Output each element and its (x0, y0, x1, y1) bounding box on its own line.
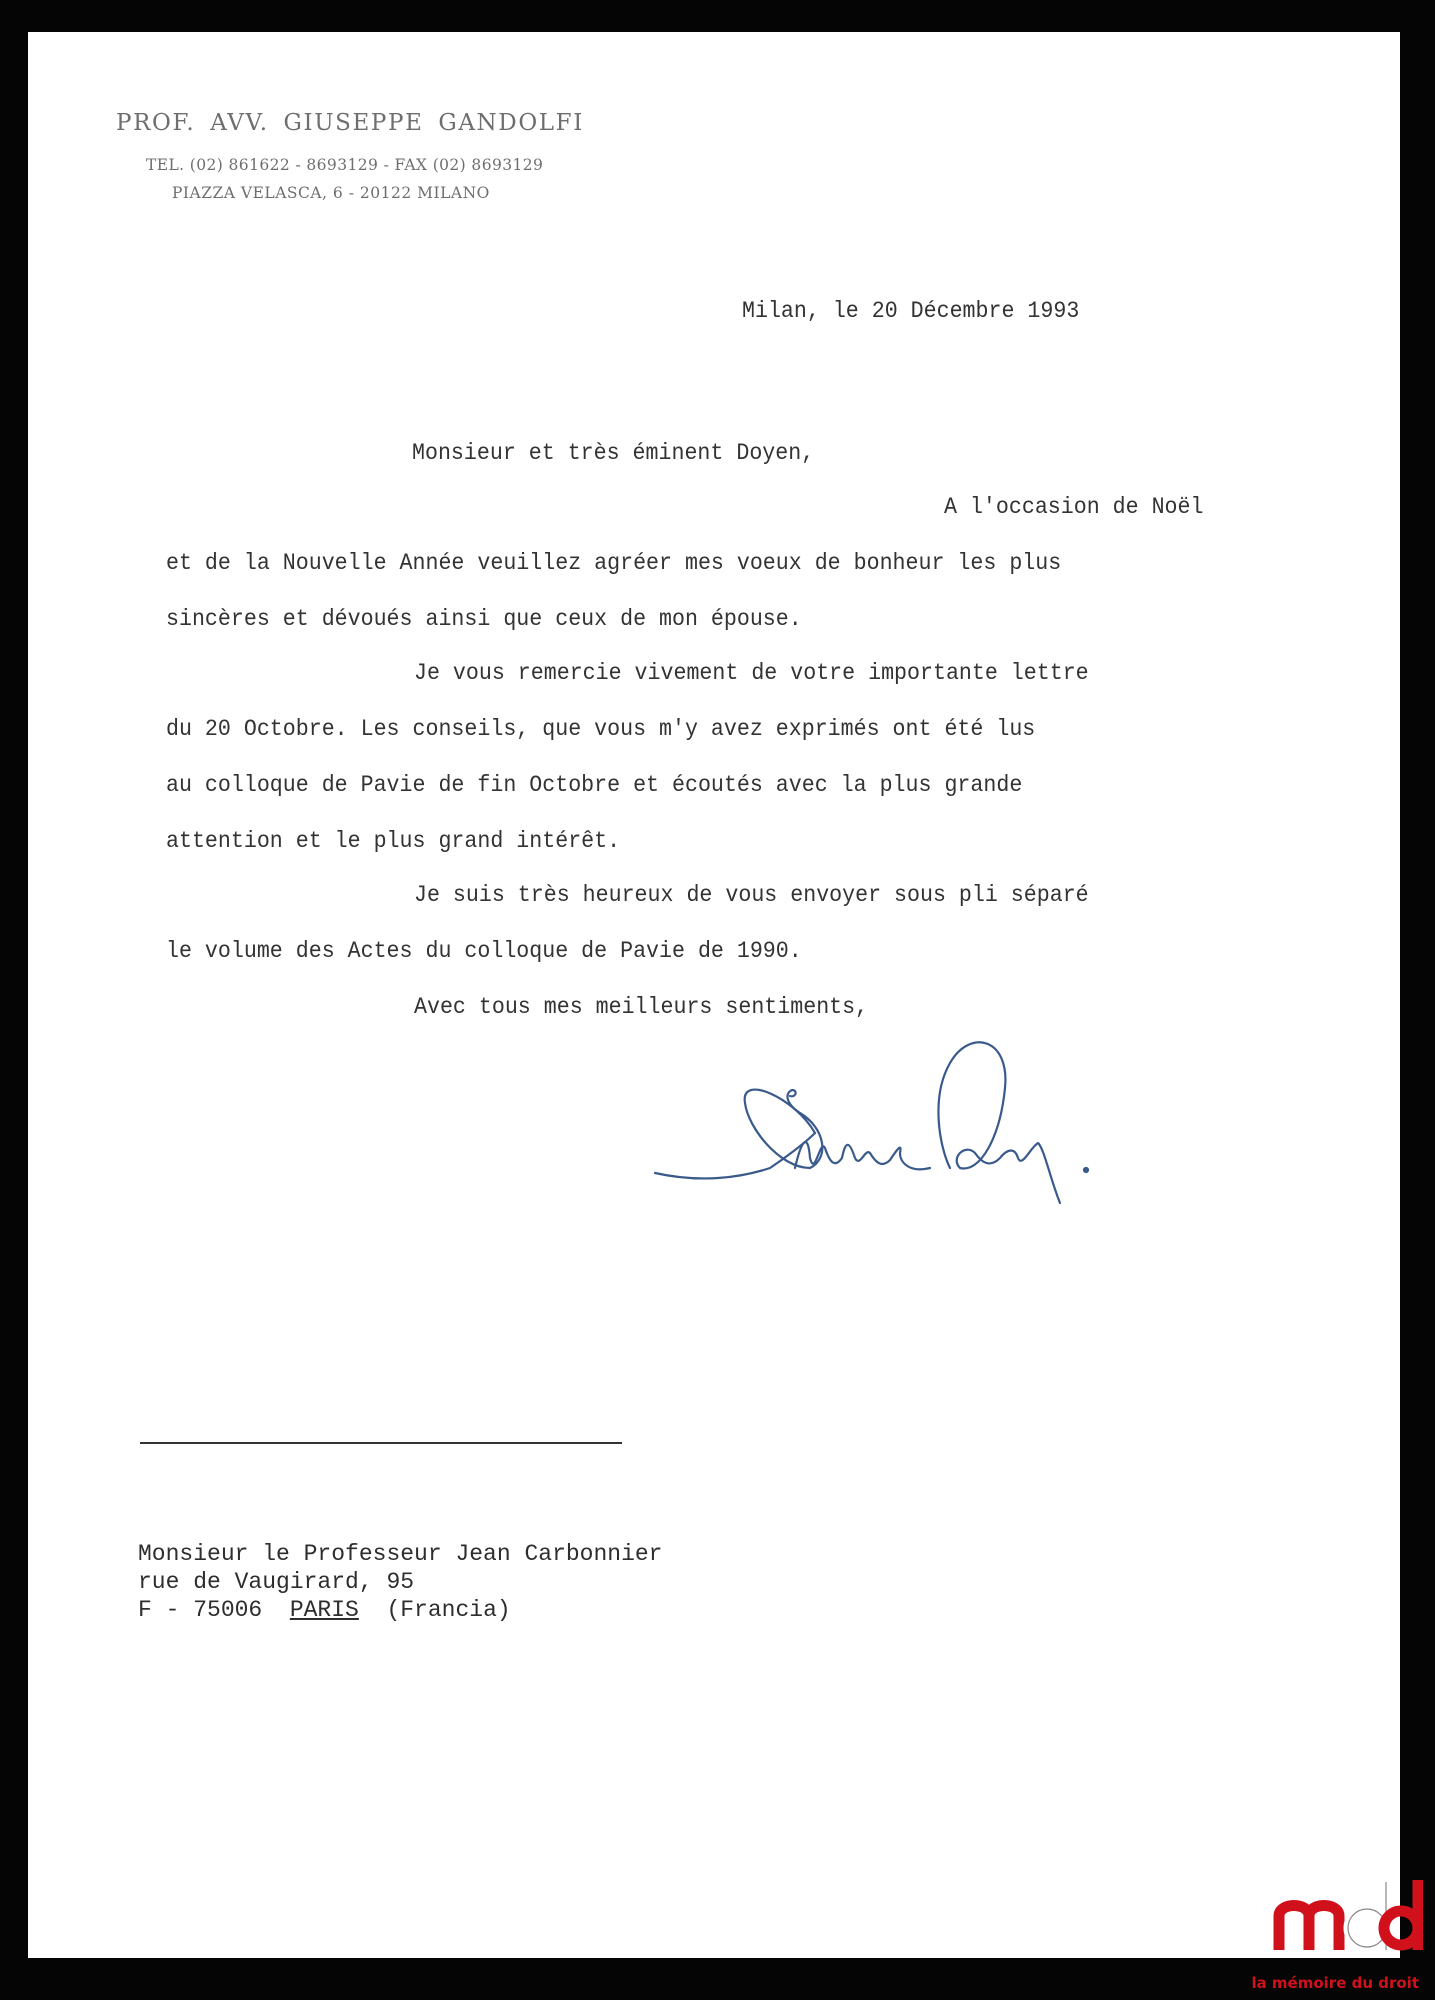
signature (620, 1018, 1240, 1218)
letter-salutation: Monsieur et très éminent Doyen, (412, 440, 814, 466)
address-divider (140, 1442, 622, 1444)
body-line: au colloque de Pavie de fin Octobre et é… (166, 772, 1022, 798)
mdd-tagline: la mémoire du droit (1251, 1974, 1419, 1992)
recipient-name: Monsieur le Professeur Jean Carbonnier (138, 1540, 663, 1568)
letterhead-contact: TEL. (02) 861622 - 8693129 - FAX (02) 86… (146, 156, 543, 174)
body-line: A l'occasion de Noël (944, 494, 1203, 520)
recipient-city-line: F - 75006 PARIS (Francia) (138, 1596, 511, 1624)
body-line: Je suis très heureux de vous envoyer sou… (414, 882, 1089, 908)
postal-code: F - 75006 (138, 1597, 290, 1623)
recipient-city: PARIS (290, 1597, 359, 1623)
body-line: Je vous remercie vivement de votre impor… (414, 660, 1089, 686)
recipient-country: (Francia) (359, 1597, 511, 1623)
letterhead-address: PIAZZA VELASCA, 6 - 20122 MILANO (172, 184, 490, 202)
mdd-logo (1273, 1874, 1423, 1954)
body-line: attention et le plus grand intérêt. (166, 828, 620, 854)
closing-line: Avec tous mes meilleurs sentiments, (414, 994, 868, 1020)
body-line: le volume des Actes du colloque de Pavie… (166, 938, 802, 964)
recipient-street: rue de Vaugirard, 95 (138, 1568, 414, 1596)
letter-date: Milan, le 20 Décembre 1993 (742, 298, 1079, 324)
body-line: sincères et dévoués ainsi que ceux de mo… (166, 606, 802, 632)
body-line: et de la Nouvelle Année veuillez agréer … (166, 550, 1061, 576)
letterhead-name: PROF. AVV. GIUSEPPE GANDOLFI (116, 110, 584, 136)
body-line: du 20 Octobre. Les conseils, que vous m'… (166, 716, 1035, 742)
